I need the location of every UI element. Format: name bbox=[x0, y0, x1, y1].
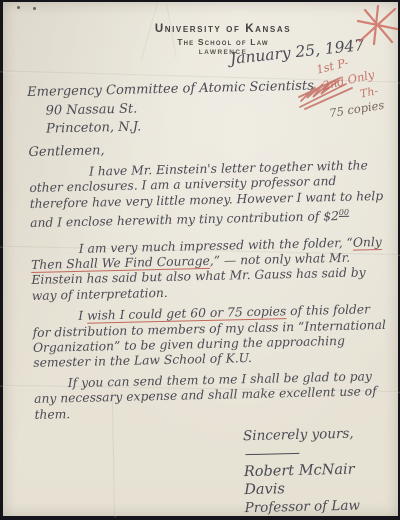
paragraph-2: I am very much impressed with the folder… bbox=[31, 235, 386, 305]
scanned-letter: University of Kansas The School of Law L… bbox=[0, 0, 400, 520]
red-asterisk-icon bbox=[355, 4, 399, 46]
staple-hole-left bbox=[17, 6, 20, 9]
paragraph-4: If you can send them to me I shall be gl… bbox=[34, 369, 389, 423]
signature-title: Professor of Law bbox=[244, 496, 390, 517]
signature-flourish bbox=[245, 453, 299, 455]
contribution-amount: $2 bbox=[323, 209, 339, 223]
closing-block: Sincerely yours, Robert McNair Davis Pro… bbox=[243, 424, 391, 517]
paragraph-3-pre: I bbox=[78, 309, 87, 323]
letterhead-university: University of Kansas bbox=[63, 23, 383, 35]
contribution-cents: 00 bbox=[339, 208, 349, 217]
closing-sincerely-text: Sincerely yours, bbox=[243, 426, 354, 445]
staple-hole-right bbox=[33, 7, 36, 10]
closing-sincerely: Sincerely yours, bbox=[243, 424, 390, 463]
recipient-address: Emergency Committee of Atomic Scientists… bbox=[27, 76, 382, 140]
letter-paper: University of Kansas The School of Law L… bbox=[3, 2, 398, 516]
paragraph-1: I have Mr. Einstein's letter together wi… bbox=[29, 158, 384, 232]
signature-name: Robert McNair Davis bbox=[244, 460, 391, 499]
salutation: Gentlemen, bbox=[28, 136, 382, 159]
paragraph-3: I wish I could get 60 or 75 copies of th… bbox=[32, 302, 387, 372]
letter-body: Emergency Committee of Atomic Scientists… bbox=[27, 76, 391, 520]
